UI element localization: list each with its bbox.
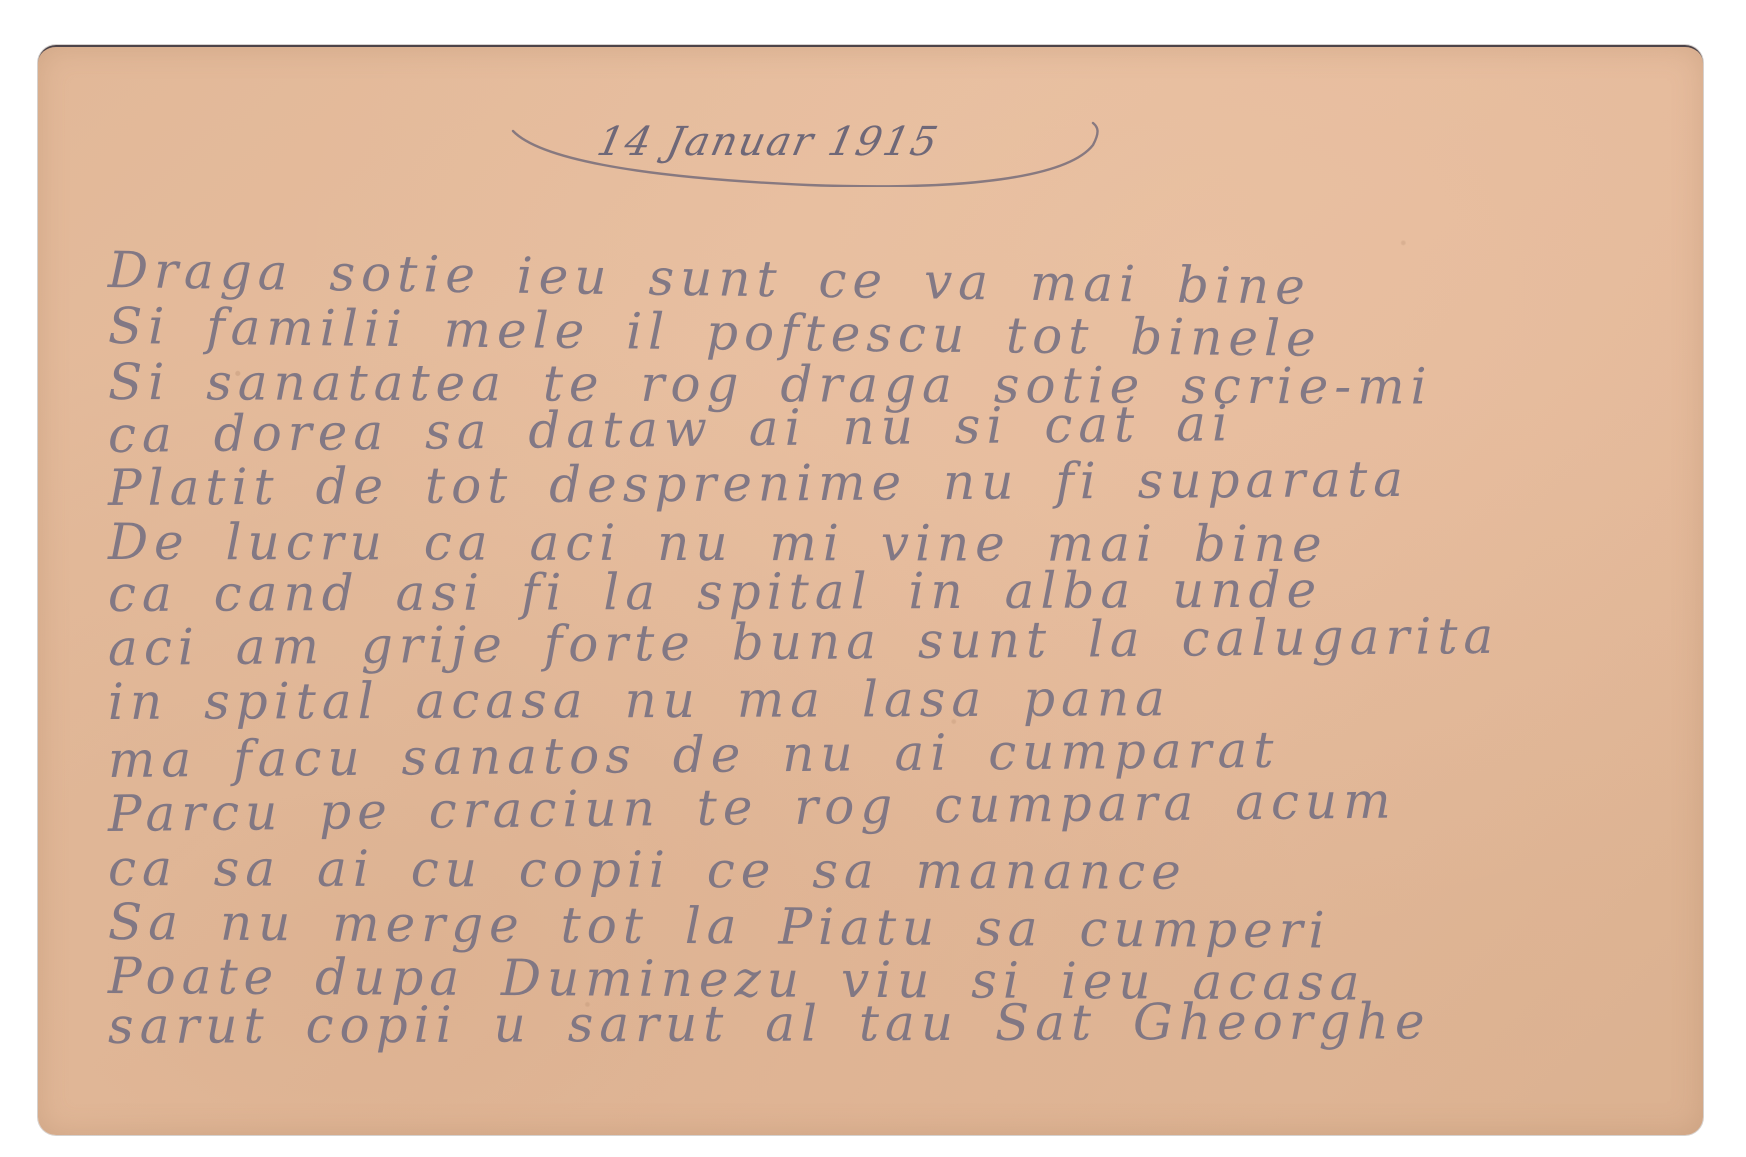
postcard: 14 Januar 1915 Draga sotie ieu sunt ce v… [38,45,1703,1135]
letter-line: Platit de tot desprenime nu fi suparata [108,451,1409,516]
letter-line: in spital acasa nu ma lasa pana [108,670,1171,730]
letter-line: sarut copii u sarut al tau Sat Gheorghe [108,993,1431,1054]
letter-line: ca sa ai cu copii ce sa manance [108,840,1187,900]
letter-line: aci am grije forte buna sunt la calugari… [108,608,1500,676]
letter-line: Parcu pe craciun te rog cumpara acum [108,773,1397,842]
date-header: 14 Januar 1915 [508,117,1108,187]
date-text: 14 Januar 1915 [593,119,943,165]
